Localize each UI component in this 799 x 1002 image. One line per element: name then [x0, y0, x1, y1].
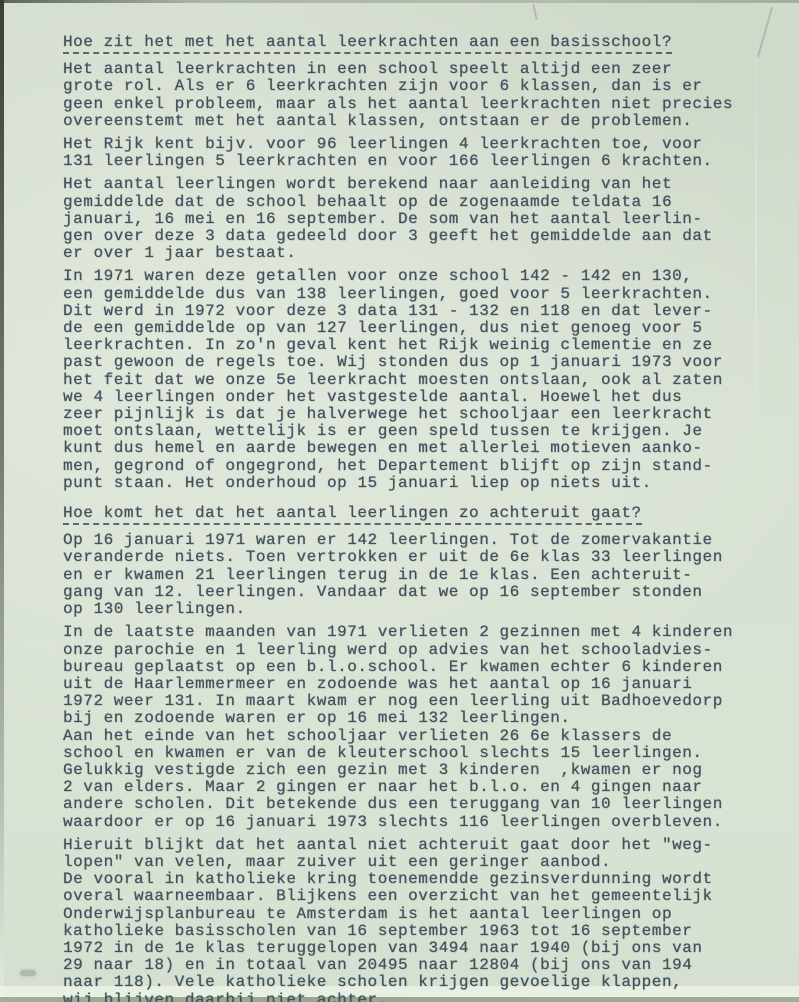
text-line: Onderwijsplanbureau te Amsterdam is het …: [63, 906, 779, 923]
text-line: Op 16 januari 1971 waren er 142 leerling…: [63, 532, 779, 549]
text-line: geen enkel probleem, maar als het aantal…: [63, 96, 779, 113]
text-line: waardoor er op 16 januari 1973 slechts 1…: [63, 814, 779, 831]
paragraph: Het aantal leerlingen wordt berekend naa…: [63, 176, 779, 262]
text-line: moet ontslaan, wettelijk is er geen spel…: [63, 423, 779, 440]
text-line: we 4 leerlingen onder het vastgestelde a…: [63, 389, 779, 406]
text-line: veranderde niets. Toen vertrokken er uit…: [63, 549, 779, 566]
text-line: andere scholen. Dit betekende dus een te…: [63, 796, 779, 813]
heading-underlined-text: Hoe zit het met het aantal leerkrachten …: [63, 34, 672, 54]
scanned-typewritten-page: { "page": { "kind": "typewritten documen…: [0, 0, 799, 1002]
text-line: overeenstemt met het aantal klassen, ont…: [63, 113, 779, 130]
text-line: Hoe komt het dat het aantal leerlingen z…: [63, 505, 779, 525]
text-line: het feit dat we onze 5e leerkracht moest…: [63, 372, 779, 389]
text-line: katholieke basisscholen van 16 september…: [63, 923, 779, 940]
text-line: wij blijven daarbij niet achter.: [63, 992, 779, 1002]
text-line: Gelukkig vestigde zich een gezin met 3 k…: [63, 762, 779, 779]
heading-underlined-text: Hoe komt het dat het aantal leerlingen z…: [63, 505, 642, 525]
section-heading: Hoe zit het met het aantal leerkrachten …: [63, 34, 779, 54]
text-line: zeer pijnlijk is dat je halverwege het s…: [63, 406, 779, 423]
text-line: op 130 leerlingen.: [63, 601, 779, 618]
text-line: In de laatste maanden van 1971 verlieten…: [63, 624, 779, 641]
text-line: In 1971 waren deze getallen voor onze sc…: [63, 268, 779, 285]
text-line: school en kwamen er van de kleuterschool…: [63, 745, 779, 762]
text-line: onze parochie en 1 leerling werd op advi…: [63, 642, 779, 659]
text-line: en er kwamen 21 leerlingen terug in de 1…: [63, 567, 779, 584]
text-line: De vooral in katholieke kring toenemendd…: [63, 871, 779, 888]
text-line: bij en zodoende waren er op 16 mei 132 l…: [63, 710, 779, 727]
text-line: Het aantal leerkrachten in een school sp…: [63, 61, 779, 78]
paragraph: Het aantal leerkrachten in een school sp…: [63, 61, 779, 130]
text-line: de een gemiddelde op van 127 leerlingen,…: [63, 320, 779, 337]
text-line: bureau geplaatst op een b.l.o.school. Er…: [63, 659, 779, 676]
text-line: punt staan. Het onderhoud op 15 januari …: [63, 475, 779, 492]
text-line: leerkrachten. In zo'n geval kent het Rij…: [63, 337, 779, 354]
scan-edge-top: [0, 0, 799, 3]
text-line: naar 118). Vele katholieke scholen krijg…: [63, 974, 779, 991]
text-line: een gemiddelde dus van 138 leerlingen, g…: [63, 286, 779, 303]
text-line: er over 1 jaar bestaat.: [63, 245, 779, 262]
text-line: Hieruit blijkt dat het aantal niet achte…: [63, 837, 779, 854]
text-line: Het aantal leerlingen wordt berekend naa…: [63, 176, 779, 193]
paragraph: Het Rijk kent bijv. voor 96 leerlingen 4…: [63, 136, 779, 170]
text-line: past gewoon de regels toe. Wij stonden d…: [63, 354, 779, 371]
paper-smudge: [20, 970, 36, 976]
paragraph: Op 16 januari 1971 waren er 142 leerling…: [63, 532, 779, 618]
text-line: lopen" van velen, maar zuiver uit een ge…: [63, 854, 779, 871]
text-line: overal waarneembaar. Blijkens een overzi…: [63, 888, 779, 905]
text-line: Dit werd in 1972 voor deze 3 data 131 - …: [63, 303, 779, 320]
text-line: kunt dus hemel en aarde bewegen en met a…: [63, 440, 779, 457]
text-line: men, gegrond of ongegrond, het Departeme…: [63, 458, 779, 475]
text-line: 2 van elders. Maar 2 gingen er naar het …: [63, 779, 779, 796]
section-heading: Hoe komt het dat het aantal leerlingen z…: [63, 505, 779, 525]
paragraph: In 1971 waren deze getallen voor onze sc…: [63, 268, 779, 492]
text-line: grote rol. Als er 6 leerkrachten zijn vo…: [63, 78, 779, 95]
text-line: Aan het einde van het schooljaar verliet…: [63, 728, 779, 745]
text-line: gang van 12. leerlingen. Vandaar dat we …: [63, 584, 779, 601]
text-line: gen over deze 3 data gedeeld door 3 geef…: [63, 228, 779, 245]
paper-scratch: [532, 4, 537, 20]
text-line: januari, 16 mei en 16 september. De som …: [63, 211, 779, 228]
text-line: gemiddelde dat de school behaalt op de z…: [63, 194, 779, 211]
document-body: Hoe zit het met het aantal leerkrachten …: [63, 34, 779, 1002]
text-line: Het Rijk kent bijv. voor 96 leerlingen 4…: [63, 136, 779, 153]
text-line: 1972 weer 131. In maart kwam er nog een …: [63, 693, 779, 710]
paragraph: In de laatste maanden van 1971 verlieten…: [63, 624, 779, 830]
paragraph: Hieruit blijkt dat het aantal niet achte…: [63, 837, 779, 1002]
text-line: Hoe zit het met het aantal leerkrachten …: [63, 34, 779, 54]
text-line: 29 naar 18) en in totaal van 20495 naar …: [63, 957, 779, 974]
text-line: 1972 in de 1e klas teruggelopen van 3494…: [63, 940, 779, 957]
scan-edge-left: [0, 0, 4, 1002]
text-line: uit de Haarlemmermeer en zodoende was he…: [63, 676, 779, 693]
text-line: 131 leerlingen 5 leerkrachten en voor 16…: [63, 153, 779, 170]
